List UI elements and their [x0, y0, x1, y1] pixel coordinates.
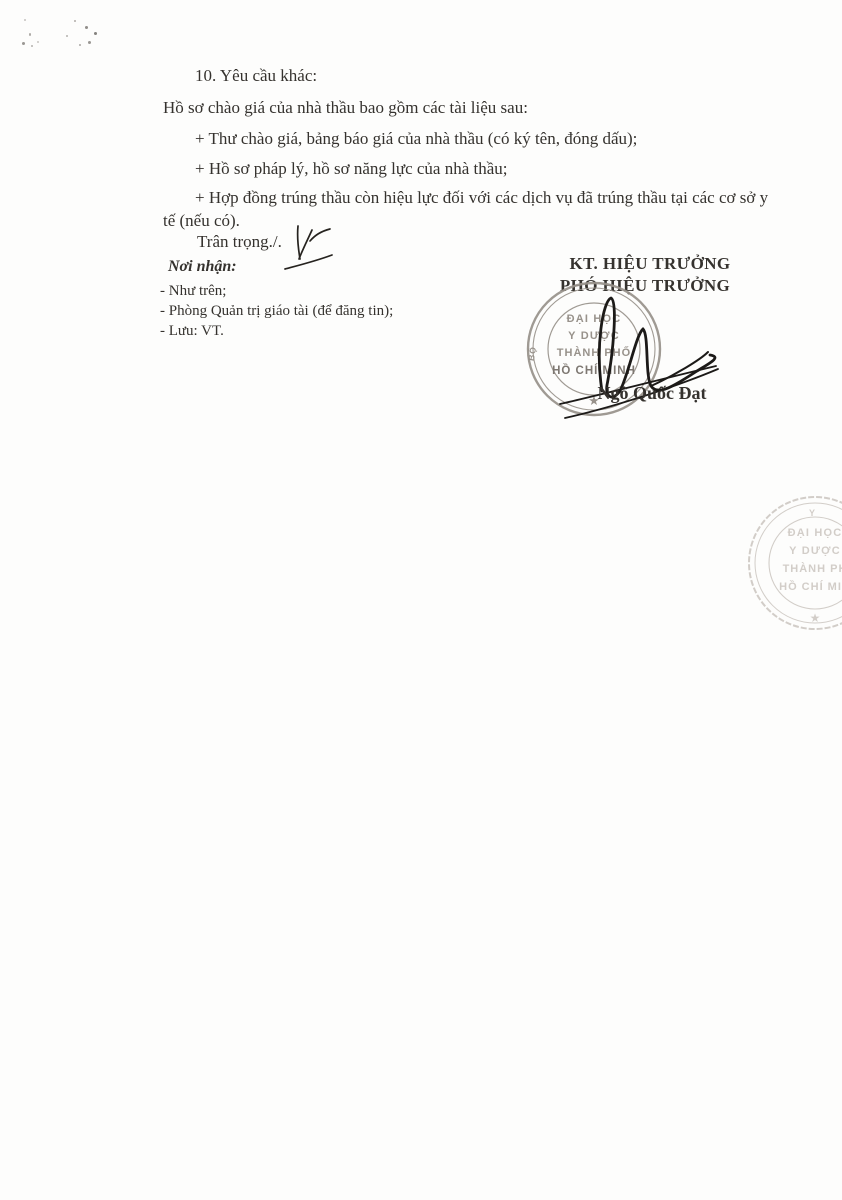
faint-stamp-star-icon: ★	[810, 611, 821, 625]
faint-stamp-line-1: ĐẠI HỌC	[788, 527, 842, 539]
closing-line: Trân trọng./.	[197, 230, 282, 253]
paraph-initial	[282, 221, 340, 273]
section-heading: 10. Yêu cầu khác:	[195, 64, 317, 87]
bleed-through-stamp: Y ĐẠI HỌC Y DƯỢC THÀNH PH HỒ CHÍ MIN ★	[742, 492, 842, 642]
bullet-line-3: + Hợp đồng trúng thầu còn hiệu lực đối v…	[163, 186, 775, 232]
intro-line: Hồ sơ chào giá của nhà thầu bao gồm các …	[163, 96, 528, 119]
recipient-item-1: - Như trên;	[160, 281, 226, 301]
signer-title-line-1: KT. HIỆU TRƯỞNG	[569, 254, 730, 274]
faint-stamp-line-2: Y DƯỢC	[789, 545, 841, 557]
faint-stamp-line-4: HỒ CHÍ MIN	[779, 580, 842, 593]
bullet-line-2: + Hồ sơ pháp lý, hồ sơ năng lực của nhà …	[195, 157, 508, 180]
recipients-label: Nơi nhận:	[168, 258, 237, 276]
signature	[540, 285, 750, 430]
recipient-item-2: - Phòng Quản trị giáo tài (để đăng tin);	[160, 301, 393, 321]
scan-speckles	[0, 0, 140, 140]
faint-stamp-top-text: Y	[809, 508, 815, 518]
faint-stamp-line-3: THÀNH PH	[783, 562, 842, 575]
bullet-line-1: + Thư chào giá, bảng báo giá của nhà thầ…	[195, 127, 637, 150]
signer-name: Ngô Quốc Đạt	[598, 383, 707, 404]
recipient-item-3: - Lưu: VT.	[160, 321, 224, 341]
scanned-letter-page: 10. Yêu cầu khác: Hồ sơ chào giá của nhà…	[0, 0, 842, 1200]
